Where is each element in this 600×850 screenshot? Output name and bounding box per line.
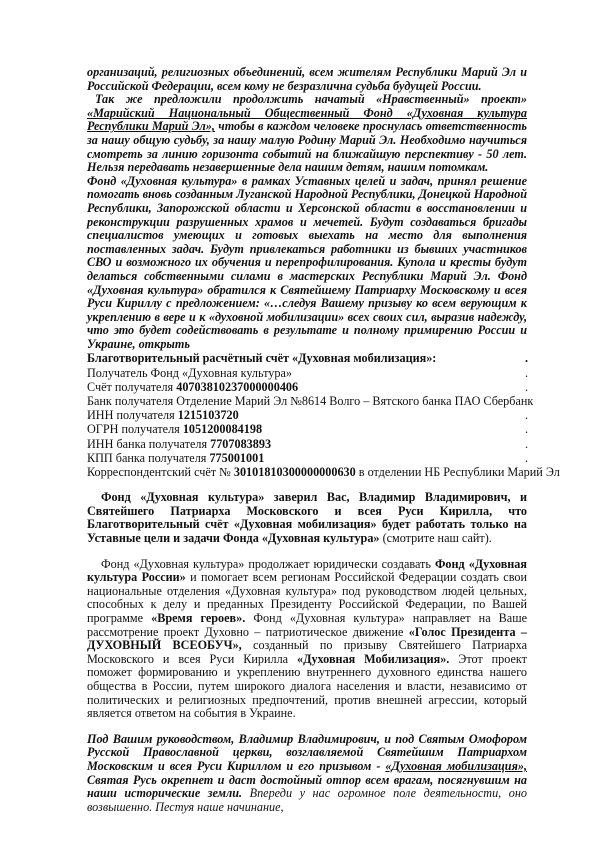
ogrn-value: 1051200084198 xyxy=(183,422,262,436)
account-row-recipient: Получатель Фонд «Духовная культура». xyxy=(87,366,527,380)
closing-paragraph: Под Вашим руководством, Владимир Владими… xyxy=(87,733,527,815)
account-row-corr: Корреспондентский счёт № 301018103000000… xyxy=(87,465,527,479)
assurance-paragraph: Фонд «Духовная культура» заверил Вас, Вл… xyxy=(87,491,527,545)
decision-paragraph: Фонд «Духовная культура» в рамках Уставн… xyxy=(87,175,527,352)
project-lead: Так же предложили продолжить начатый «Нр… xyxy=(95,92,527,106)
account-number-value: 40703810237000000406 xyxy=(176,380,298,394)
account-title: Благотворительный расчётный счёт «Духовн… xyxy=(87,351,527,365)
account-row-number: Счёт получателя 40703810237000000406. xyxy=(87,380,527,394)
project-paragraph: Так же предложили продолжить начатый «Нр… xyxy=(87,93,527,175)
kpp-value: 775001001 xyxy=(209,451,264,465)
bank-inn-value: 7707083893 xyxy=(210,437,271,451)
inn-value: 1215103720 xyxy=(178,408,239,422)
intro-paragraph: организаций, религиозных объединений, вс… xyxy=(87,66,527,93)
mobilization-link: «Духовная мобилизация», xyxy=(385,759,527,773)
corr-account-value: 30101810300000000630 xyxy=(234,465,356,479)
account-row-ogrn: ОГРН получателя 1051200084198. xyxy=(87,422,527,436)
account-row-inn: ИНН получателя 1215103720. xyxy=(87,408,527,422)
account-row-kpp: КПП банка получателя 775001001. xyxy=(87,451,527,465)
document-page: организаций, религиозных объединений, вс… xyxy=(87,66,527,814)
account-row-bank: Банк получателя Отделение Марий Эл №8614… xyxy=(87,394,527,408)
continuation-paragraph: Фонд «Духовная культура» продолжает юрид… xyxy=(87,558,527,721)
account-row-bank-inn: ИНН банка получателя 7707083893. xyxy=(87,437,527,451)
